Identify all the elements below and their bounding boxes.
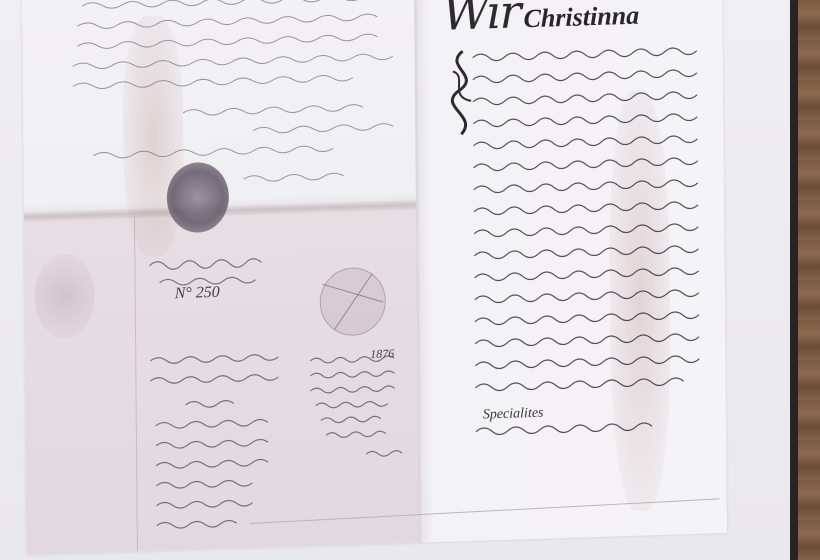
- left-page-lower-script: [24, 213, 422, 555]
- year-note: 1876: [370, 346, 394, 362]
- heading-initials: Wir: [442, 0, 520, 41]
- manuscript-document: N° 250 1876: [22, 0, 727, 555]
- decorative-heading: WirChristinna: [442, 0, 639, 41]
- closing-word: Specialites: [483, 406, 544, 424]
- left-page: N° 250 1876: [22, 0, 422, 555]
- frame-inner-edge: [790, 0, 798, 560]
- wooden-frame: [798, 0, 820, 560]
- calligraphic-flourish-icon: [443, 46, 484, 137]
- document-number-note: N° 250: [175, 284, 220, 303]
- heading-title: Christinna: [523, 1, 639, 34]
